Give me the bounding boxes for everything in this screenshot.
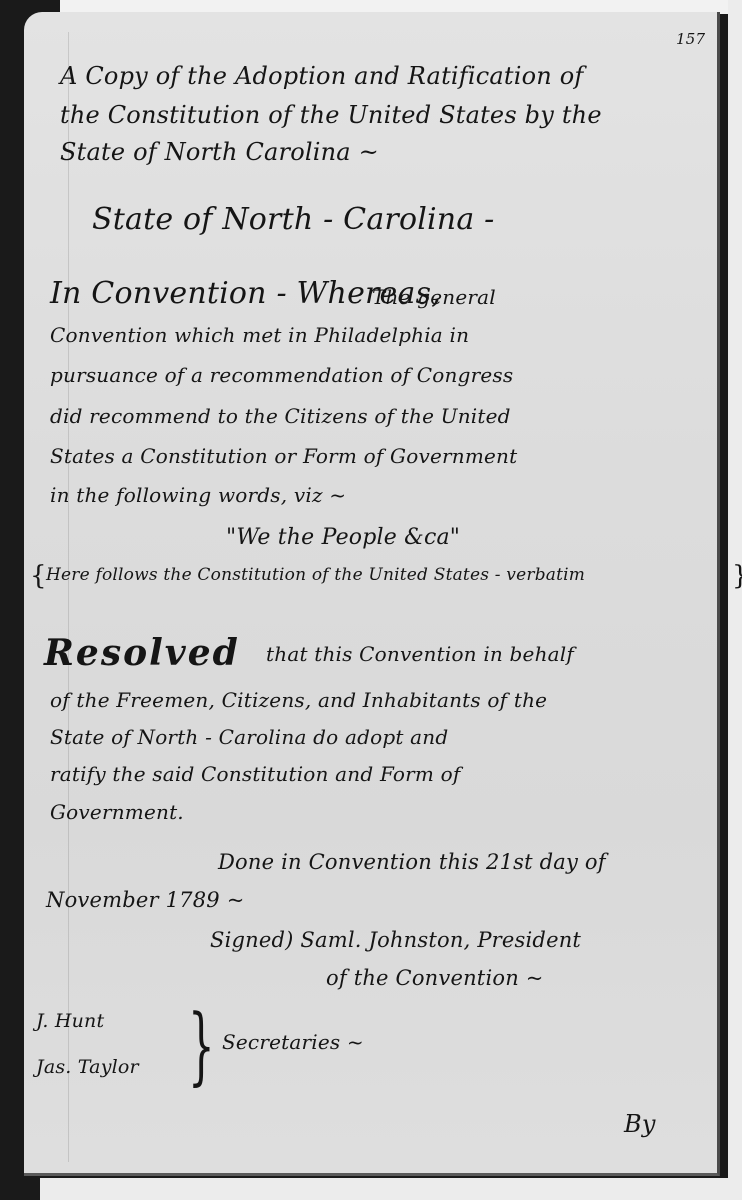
- preamble-line-1: The general: [372, 285, 496, 309]
- preamble-line-3: pursuance of a recommendation of Congres…: [50, 363, 513, 387]
- signed-line-2: of the Convention ~: [326, 966, 544, 990]
- secretary-name-2: Jas. Taylor: [36, 1056, 139, 1078]
- note-verbatim: Here follows the Constitution of the Uni…: [46, 565, 585, 585]
- quote-we-the-people: "We the People &ca": [226, 525, 460, 550]
- secretaries-brace: }: [188, 996, 215, 1094]
- preamble-line-5: States a Constitution or Form of Governm…: [50, 444, 517, 468]
- scan-bottom-margin: [40, 1178, 742, 1200]
- resolved-lead: Resolved: [44, 632, 240, 674]
- preamble-line-4: did recommend to the Citizens of the Uni…: [50, 404, 511, 428]
- folio-number: 157: [676, 30, 705, 48]
- subheading: State of North - Carolina -: [92, 202, 495, 237]
- done-line-1: Done in Convention this 21st day of: [218, 850, 606, 874]
- scan-right-margin: [728, 0, 742, 1200]
- secretary-name-1: J. Hunt: [36, 1010, 104, 1032]
- resolved-line-1: that this Convention in behalf: [266, 642, 574, 666]
- preamble-line-2: Convention which met in Philadelphia in: [50, 323, 469, 347]
- catchword: By: [624, 1110, 656, 1138]
- resolved-line-4: ratify the said Constitution and Form of: [50, 762, 461, 786]
- signed-line-1: Signed) Saml. Johnston, President: [210, 928, 581, 952]
- ruled-margin-line: [68, 32, 69, 1162]
- heading-line-2: the Constitution of the United States by…: [60, 101, 602, 129]
- resolved-line-2: of the Freemen, Citizens, and Inhabitant…: [50, 688, 547, 712]
- note-brace-close: }: [732, 561, 742, 591]
- resolved-line-5: Government.: [50, 800, 184, 824]
- done-line-2: November 1789 ~: [46, 888, 245, 912]
- secretaries-label: Secretaries ~: [222, 1030, 364, 1054]
- note-brace-open: {: [30, 561, 47, 591]
- resolved-line-3: State of North - Carolina do adopt and: [50, 725, 448, 749]
- manuscript-page: [24, 12, 720, 1176]
- heading-line-3: State of North Carolina ~: [60, 138, 379, 166]
- preamble-line-6: in the following words, viz ~: [50, 483, 346, 507]
- heading-line-1: A Copy of the Adoption and Ratification …: [60, 62, 584, 90]
